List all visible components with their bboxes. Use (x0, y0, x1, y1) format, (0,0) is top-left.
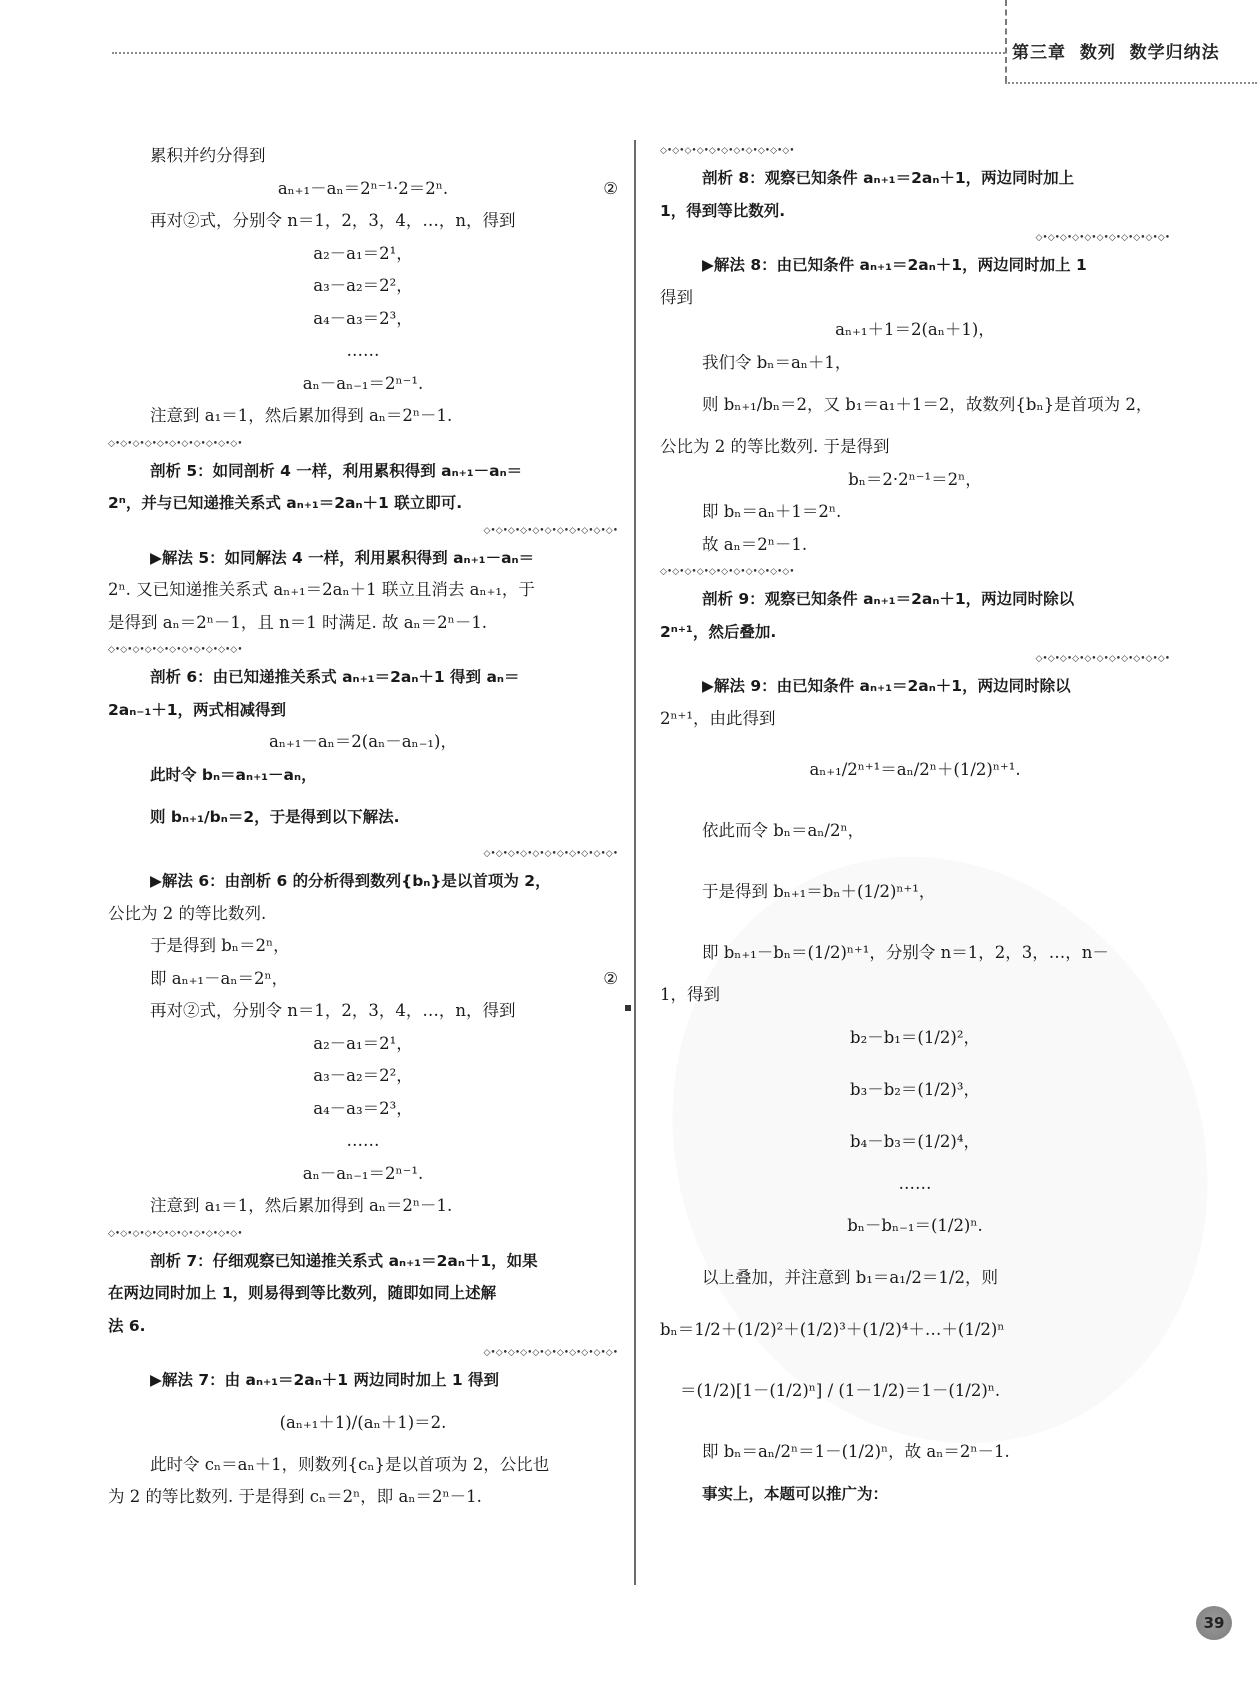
equation-line: 即 aₙ₊₁－aₙ＝2ⁿ， ② (108, 963, 618, 996)
section-divider: ◇•◇•◇•◇•◇•◇•◇•◇•◇•◇•◇• (660, 561, 1170, 583)
text-line: 1，得到 (660, 979, 1170, 1012)
text-line: 注意到 a₁＝1，然后累加得到 aₙ＝2ⁿ－1. (108, 1190, 618, 1223)
equation: bₙ＝1/2＋(1/2)²＋(1/2)³＋(1/2)⁴＋…＋(1/2)ⁿ (660, 1304, 1170, 1356)
section-divider: ◇•◇•◇•◇•◇•◇•◇•◇•◇•◇•◇• (108, 843, 618, 865)
equation: b₂－b₁＝(1/2)²， (660, 1012, 1170, 1064)
equation: a₃－a₂＝2²， (108, 270, 618, 303)
equation: a₄－a₃＝2³， (108, 303, 618, 336)
equation: bₙ－bₙ₋₁＝(1/2)ⁿ. (660, 1200, 1170, 1252)
ellipsis: …… (108, 1125, 618, 1158)
equation: b₄－b₃＝(1/2)⁴， (660, 1116, 1170, 1168)
text-line: 即 bₙ₊₁－bₙ＝(1/2)ⁿ⁺¹，分别令 n＝1，2，3，…，n－ (660, 927, 1170, 979)
text-line: 再对②式，分别令 n＝1，2，3，4，…，n，得到 (108, 995, 618, 1028)
equation: b₃－b₂＝(1/2)³， (660, 1064, 1170, 1116)
text-line: 故 aₙ＝2ⁿ－1. (660, 529, 1170, 562)
section-divider: ◇•◇•◇•◇•◇•◇•◇•◇•◇•◇•◇• (660, 227, 1170, 249)
text-line: 我们令 bₙ＝aₙ＋1， (660, 347, 1170, 380)
header-bottom-rule (1005, 82, 1257, 84)
column-divider (634, 140, 636, 1585)
text-line: 即 bₙ＝aₙ/2ⁿ＝1－(1/2)ⁿ，故 aₙ＝2ⁿ－1. (660, 1426, 1170, 1478)
equation: ＝(1/2)[1－(1/2)ⁿ] / (1－1/2)＝1－(1/2)ⁿ. (660, 1356, 1170, 1426)
text-line: 2aₙ₋₁＋1，两式相减得到 (108, 694, 618, 727)
section-divider: ◇•◇•◇•◇•◇•◇•◇•◇•◇•◇•◇• (108, 433, 618, 455)
text-line: 为 2 的等比数列. 于是得到 cₙ＝2ⁿ，即 aₙ＝2ⁿ－1. (108, 1481, 618, 1514)
analysis-5-heading: 剖析 5：如同剖析 4 一样，利用累积得到 aₙ₊₁－aₙ＝ (108, 455, 618, 488)
equation: (aₙ₊₁＋1)/(aₙ＋1)＝2. (108, 1397, 618, 1449)
equation-line: aₙ₊₁－aₙ＝2ⁿ⁻¹·2＝2ⁿ. ② (108, 173, 618, 206)
equation: aₙ₊₁/2ⁿ⁺¹＝aₙ/2ⁿ＋(1/2)ⁿ⁺¹. (660, 735, 1170, 805)
left-column: 累积并约分得到 aₙ₊₁－aₙ＝2ⁿ⁻¹·2＝2ⁿ. ② 再对②式，分别令 n＝… (108, 140, 618, 1514)
solution-5-heading: ▶解法 5：如同解法 4 一样，利用累积得到 aₙ₊₁－aₙ＝ (108, 542, 618, 575)
text-line: 此时令 bₙ＝aₙ₊₁－aₙ， (108, 759, 618, 792)
text-line: 则 bₙ₊₁/bₙ＝2，又 b₁＝a₁＋1＝2，故数列{bₙ}是首项为 2， (660, 379, 1170, 431)
text-line: 公比为 2 的等比数列. (108, 898, 618, 931)
solution-7-heading: ▶解法 7：由 aₙ₊₁＝2aₙ＋1 两边同时加上 1 得到 (108, 1364, 618, 1397)
section-divider: ◇•◇•◇•◇•◇•◇•◇•◇•◇•◇•◇• (660, 648, 1170, 670)
equation: aₙ₊₁＋1＝2(aₙ＋1)， (660, 314, 1170, 347)
text-line: 累积并约分得到 (108, 140, 618, 173)
text-line: 得到 (660, 282, 1170, 315)
section-divider: ◇•◇•◇•◇•◇•◇•◇•◇•◇•◇•◇• (660, 140, 1170, 162)
solution-6-heading: ▶解法 6：由剖析 6 的分析得到数列{bₙ}是以首项为 2， (108, 865, 618, 898)
solution-8-heading: ▶解法 8：由已知条件 aₙ₊₁＝2aₙ＋1，两边同时加上 1 (660, 249, 1170, 282)
equation: aₙ₊₁－aₙ＝2ⁿ⁻¹·2＝2ⁿ. (278, 179, 448, 198)
text-line: 2ⁿ. 又已知递推关系式 aₙ₊₁＝2aₙ＋1 联立且消去 aₙ₊₁，于 (108, 574, 618, 607)
text-line: 法 6. (108, 1310, 618, 1343)
text-line: 于是得到 bₙ＝2ⁿ， (108, 930, 618, 963)
analysis-6-heading: 剖析 6：由已知递推关系式 aₙ₊₁＝2aₙ＋1 得到 aₙ＝ (108, 661, 618, 694)
solution-9-heading: ▶解法 9：由已知条件 aₙ₊₁＝2aₙ＋1，两边同时除以 (660, 670, 1170, 703)
equation: aₙ₊₁－aₙ＝2(aₙ－aₙ₋₁)， (108, 726, 618, 759)
analysis-9-heading: 剖析 9：观察已知条件 aₙ₊₁＝2aₙ＋1，两边同时除以 (660, 583, 1170, 616)
section-divider: ◇•◇•◇•◇•◇•◇•◇•◇•◇•◇•◇• (108, 1342, 618, 1364)
ellipsis: …… (660, 1168, 1170, 1201)
scan-mark (625, 1005, 631, 1011)
text-line: 是得到 aₙ＝2ⁿ－1，且 n＝1 时满足. 故 aₙ＝2ⁿ－1. (108, 607, 618, 640)
text-line: 则 bₙ₊₁/bₙ＝2，于是得到以下解法. (108, 791, 618, 843)
equation: a₂－a₁＝2¹， (108, 238, 618, 271)
equation-label: ② (603, 963, 618, 996)
text-line: 注意到 a₁＝1，然后累加得到 aₙ＝2ⁿ－1. (108, 400, 618, 433)
text-line: 2ⁿ⁺¹，由此得到 (660, 703, 1170, 736)
text-line: 2ⁿ⁺¹，然后叠加. (660, 616, 1170, 649)
analysis-8-heading: 剖析 8：观察已知条件 aₙ₊₁＝2aₙ＋1，两边同时加上 (660, 162, 1170, 195)
section-divider: ◇•◇•◇•◇•◇•◇•◇•◇•◇•◇•◇• (108, 520, 618, 542)
section-divider: ◇•◇•◇•◇•◇•◇•◇•◇•◇•◇•◇• (108, 639, 618, 661)
text-line: 1，得到等比数列. (660, 195, 1170, 228)
ellipsis: …… (108, 335, 618, 368)
text-line: 于是得到 bₙ₊₁＝bₙ＋(1/2)ⁿ⁺¹， (660, 857, 1170, 927)
section-divider: ◇•◇•◇•◇•◇•◇•◇•◇•◇•◇•◇• (108, 1223, 618, 1245)
text-line: 再对②式，分别令 n＝1，2，3，4，…，n，得到 (108, 205, 618, 238)
equation: bₙ＝2·2ⁿ⁻¹＝2ⁿ， (660, 464, 1170, 497)
right-column: ◇•◇•◇•◇•◇•◇•◇•◇•◇•◇•◇• 剖析 8：观察已知条件 aₙ₊₁＝… (660, 140, 1170, 1511)
text-line: 即 bₙ＝aₙ＋1＝2ⁿ. (660, 496, 1170, 529)
chapter-title: 第三章 数列 数学归纳法 (1012, 38, 1220, 63)
text-line: 在两边同时加上 1，则易得到等比数列，随即如同上述解 (108, 1277, 618, 1310)
page-number: 39 (1196, 1606, 1232, 1640)
text-line: 事实上，本题可以推广为： (660, 1478, 1170, 1511)
text-line: 公比为 2 的等比数列. 于是得到 (660, 431, 1170, 464)
text-line: 此时令 cₙ＝aₙ＋1，则数列{cₙ}是以首项为 2，公比也 (108, 1449, 618, 1482)
text-line: 依此而令 bₙ＝aₙ/2ⁿ， (660, 805, 1170, 857)
text-line: 以上叠加，并注意到 b₁＝a₁/2＝1/2，则 (660, 1252, 1170, 1304)
text-line: 2ⁿ，并与已知递推关系式 aₙ₊₁＝2aₙ＋1 联立即可. (108, 487, 618, 520)
header-vertical-rule (1005, 0, 1007, 82)
equation: aₙ－aₙ₋₁＝2ⁿ⁻¹. (108, 368, 618, 401)
analysis-7-heading: 剖析 7：仔细观察已知递推关系式 aₙ₊₁＝2aₙ＋1，如果 (108, 1245, 618, 1278)
header-dotted-rule (112, 52, 1005, 54)
equation: a₃－a₂＝2²， (108, 1060, 618, 1093)
equation: aₙ－aₙ₋₁＝2ⁿ⁻¹. (108, 1158, 618, 1191)
equation: a₄－a₃＝2³， (108, 1093, 618, 1126)
equation: 即 aₙ₊₁－aₙ＝2ⁿ， (150, 969, 288, 988)
equation-label: ② (603, 173, 618, 206)
equation: a₂－a₁＝2¹， (108, 1028, 618, 1061)
